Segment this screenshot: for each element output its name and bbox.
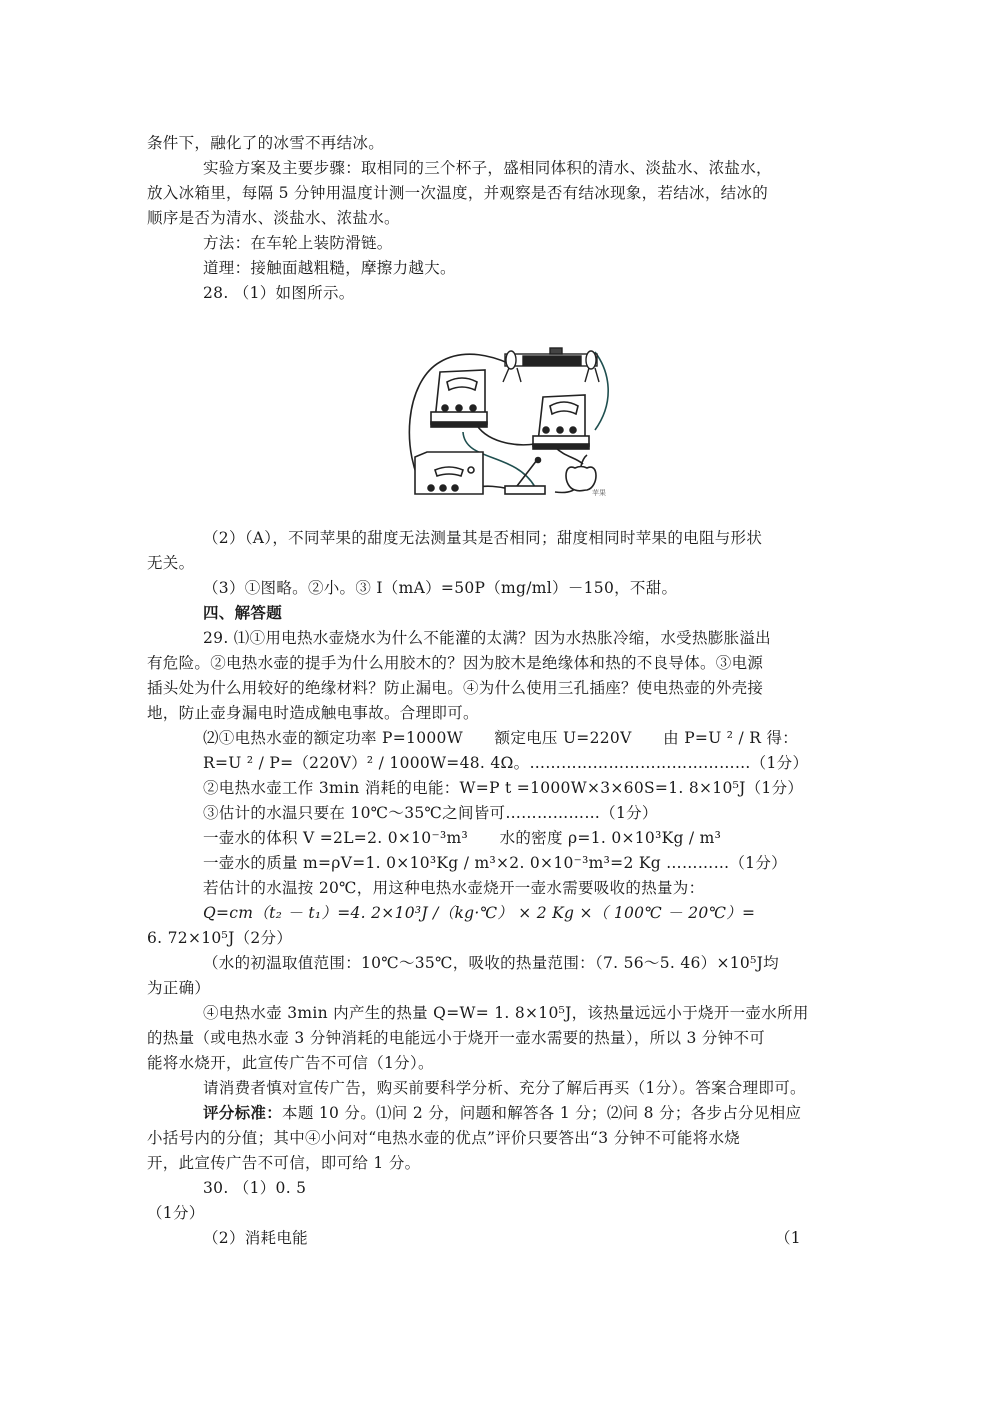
formula-line: ③估计的水温只要在 10℃～35℃之间皆可………………（1分） [203, 802, 658, 824]
text-line: 无关。 [147, 552, 194, 574]
text-line: ④电热水壶 3min 内产生的热量 Q=W= 1. 8×10⁵J，该热量远远小于… [203, 1002, 809, 1024]
text-line: （3）①图略。②小。③ I（mA）=50P（mg/ml）－150，不甜。 [203, 577, 677, 599]
formula-line: Q=cm（t₂ － t₁）=4. 2×10³J /（kg·℃） × 2 Kg ×… [203, 902, 755, 924]
formula-line: R=U ² / P=（220V）² / 1000W=48. 4Ω。…………………… [203, 752, 808, 774]
text-line: 放入冰箱里，每隔 5 分钟用温度计测一次温度，并观察是否有结冰现象，若结冰，结冰… [147, 182, 768, 204]
text-line: 顺序是否为清水、淡盐水、浓盐水。 [147, 207, 400, 229]
text-line: 实验方案及主要步骤：取相同的三个杯子，盛相同体积的清水、淡盐水、浓盐水， [203, 157, 772, 179]
section-heading: 四、解答题 [203, 602, 282, 624]
text-line: 方法：在车轮上装防滑链。 [203, 232, 393, 254]
scoring-criteria-text: 本题 10 分。⑴问 2 分，问题和解答各 1 分；⑵问 8 分；各步占分见相应 [282, 1104, 801, 1122]
text-line: 插头处为什么用较好的绝缘材料？防止漏电。④为什么使用三孔插座？使电热壶的外壳接 [147, 677, 763, 699]
formula-line: 6. 72×10⁵J（2分） [147, 927, 292, 949]
text-line: （2）（A），不同苹果的甜度无法测量其是否相同；甜度相同时苹果的电阻与形状 [203, 527, 762, 549]
formula-line: ②电热水壶工作 3min 消耗的电能：W=P t =1000W×3×60S=1.… [203, 777, 803, 799]
text-line: 请消费者慎对宣传广告，购买前要科学分析、充分了解后再买（1分）。答案合理即可。 [203, 1077, 806, 1099]
text-line: 开，此宣传广告不可信，即可给 1 分。 [147, 1152, 420, 1174]
text-line: 为正确） [147, 977, 210, 999]
text-line: 能将水烧开，此宣传广告不可信（1分）。 [147, 1052, 434, 1074]
question-28-heading: 28. （1）如图所示。 [203, 282, 355, 304]
formula-line: ⑵①电热水壶的额定功率 P=1000W 额定电压 U=220V 由 P=U ² … [203, 727, 798, 749]
apple-label: 苹果 [592, 488, 606, 497]
text-line: 条件下，融化了的冰雪不再结冰。 [147, 132, 384, 154]
scoring-criteria-label: 评分标准： [203, 1103, 282, 1122]
formula-line: 一壶水的体积 V =2L=2. 0×10⁻³m³ 水的密度 ρ=1. 0×10³… [203, 827, 721, 849]
text-line: 的热量（或电热水壶 3 分钟消耗的电能远小于烧开一壶水需要的热量），所以 3 分… [147, 1027, 765, 1049]
circuit-diagram-icon: 苹果 [405, 342, 645, 497]
text-line: 小括号内的分值；其中④小问对“电热水壶的优点”评价只要答出“3 分钟不可能将水烧 [147, 1127, 740, 1149]
formula-line: 一壶水的质量 m=ρV=1. 0×10³Kg / m³×2. 0×10⁻³m³=… [203, 852, 787, 874]
text-line: 道理：接触面越粗糙，摩擦力越大。 [203, 257, 456, 279]
text-line: （1分） [147, 1202, 205, 1224]
circuit-diagram-figure: 苹果 [405, 342, 645, 497]
text-line: （1 [775, 1227, 801, 1249]
text-line: 若估计的水温按 20℃，用这种电热水壶烧开一壶水需要吸收的热量为： [203, 877, 704, 899]
question-30-heading: 30. （1）0. 5 [203, 1177, 306, 1199]
scoring-criteria-line: 评分标准：本题 10 分。⑴问 2 分，问题和解答各 1 分；⑵问 8 分；各步… [203, 1102, 801, 1124]
text-line: （2）消耗电能 [203, 1227, 308, 1249]
text-line: 地，防止壶身漏电时造成触电事故。合理即可。 [147, 702, 479, 724]
text-line: 有危险。②电热水壶的提手为什么用胶木的？因为胶木是绝缘体和热的不良导体。③电源 [147, 652, 763, 674]
question-29-text: 29. ⑴①用电热水壶烧水为什么不能灌的太满？因为水热胀冷缩，水受热膨胀溢出 [203, 627, 771, 649]
text-line: （水的初温取值范围：10℃～35℃，吸收的热量范围：（7. 56～5. 46）×… [203, 952, 779, 974]
